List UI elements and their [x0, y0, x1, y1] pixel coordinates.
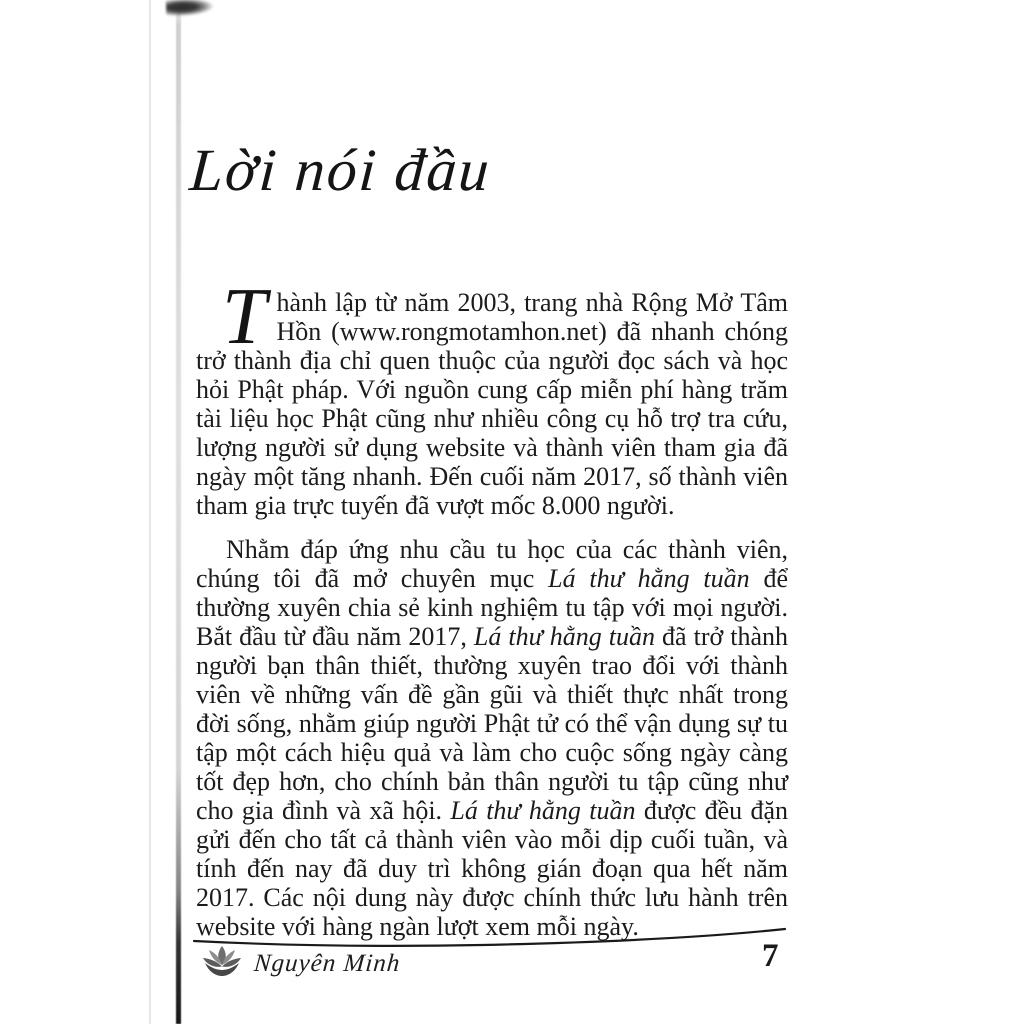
page-edge-line — [149, 0, 151, 1024]
page-title: Lời nói đầu — [188, 136, 494, 205]
italic-phrase: Lá thư hằng tuần — [474, 622, 655, 651]
paragraph: Thành lập từ năm 2003, trang nhà Rộng Mở… — [196, 288, 788, 520]
body-text: Thành lập từ năm 2003, trang nhà Rộng Mở… — [196, 288, 788, 941]
italic-phrase: Lá thư hằng tuần — [548, 564, 750, 593]
page-number: 7 — [762, 938, 779, 975]
footer-author: Nguyên Minh — [253, 950, 402, 978]
text-segment: đã trở thành người bạn thân thiết, thườn… — [196, 622, 788, 825]
text-segment: hành lập từ năm 2003, trang nhà Rộng Mở … — [196, 288, 788, 520]
lotus-icon — [202, 944, 242, 978]
drop-cap: T — [222, 289, 267, 345]
scanned-book-page: Lời nói đầu Thành lập từ năm 2003, trang… — [0, 0, 1024, 1024]
italic-phrase: Lá thư hằng tuần — [450, 796, 635, 825]
book-gutter-shadow — [176, 6, 181, 1024]
footer-rule — [192, 926, 788, 952]
scan-smudge — [166, 0, 241, 19]
paragraph: Nhằm đáp ứng nhu cầu tu học của các thàn… — [196, 535, 788, 941]
